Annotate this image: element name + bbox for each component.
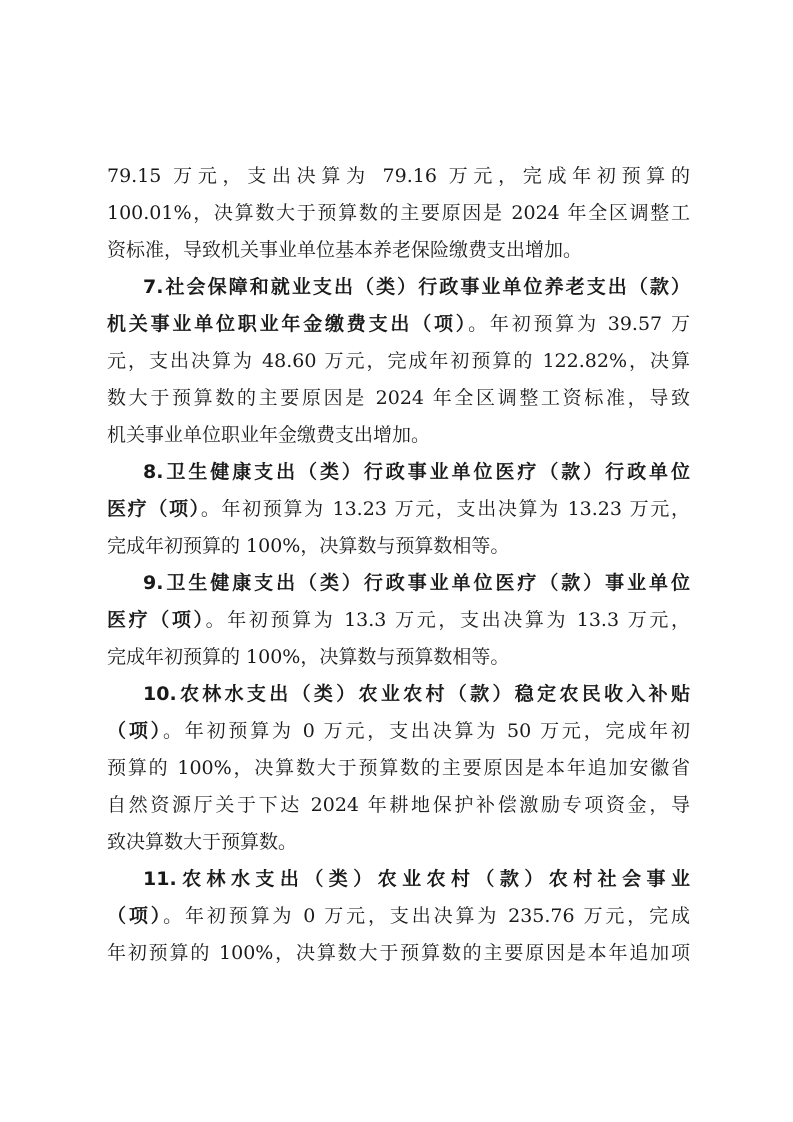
document-line: （项）。年初预算为 0 万元，支出决算为 235.76 万元，完成 xyxy=(107,898,690,935)
body-text: 年初预算的 100%，决算数大于预算数的主要原因是本年追加项 xyxy=(107,942,690,964)
document-line: 11.农林水支出（类）农业农村（款）农村社会事业 xyxy=(143,861,690,898)
body-text: 致决算数大于预算数。 xyxy=(107,831,297,853)
section-heading: 7.社会保障和就业支出（类）行政事业单位养老支出（款） xyxy=(143,276,690,298)
body-text: 。年初预算为 0 万元，支出决算为 50 万元，完成年初 xyxy=(163,720,690,742)
document-line: 机关事业单位职业年金缴费支出（项）。年初预算为 39.57 万 xyxy=(107,306,690,343)
document-line: 元，支出决算为 48.60 万元，完成年初预算的 122.82%，决算 xyxy=(107,343,690,380)
document-line: 机关事业单位职业年金缴费支出增加。 xyxy=(107,417,690,454)
document-line: 完成年初预算的 100%，决算数与预算数相等。 xyxy=(107,639,690,676)
body-text: 。年初预算为 13.3 万元，支出决算为 13.3 万元， xyxy=(206,609,690,631)
body-text: 79.15 万元，支出决算为 79.16 万元，完成年初预算的 xyxy=(107,165,690,187)
section-heading: 10.农林水支出（类）农业农村（款）稳定农民收入补贴 xyxy=(143,683,690,705)
body-text: 完成年初预算的 100%，决算数与预算数相等。 xyxy=(107,535,509,557)
body-text: 。年初预算为 0 万元，支出决算为 235.76 万元，完成 xyxy=(163,905,690,927)
document-line: 数大于预算数的主要原因是 2024 年全区调整工资标准，导致 xyxy=(107,380,690,417)
section-heading: 8.卫生健康支出（类）行政事业单位医疗（款）行政单位 xyxy=(143,461,690,483)
document-line: 自然资源厅关于下达 2024 年耕地保护补偿激励专项资金，导 xyxy=(107,787,690,824)
body-text: 机关事业单位职业年金缴费支出增加。 xyxy=(107,424,430,446)
document-line: 完成年初预算的 100%，决算数与预算数相等。 xyxy=(107,528,690,565)
body-text: 。年初预算为 39.57 万 xyxy=(468,313,690,335)
document-line: 8.卫生健康支出（类）行政事业单位医疗（款）行政单位 xyxy=(143,454,690,491)
document-line: 致决算数大于预算数。 xyxy=(107,824,690,861)
body-text: 100.01%，决算数大于预算数的主要原因是 2024 年全区调整工 xyxy=(107,202,690,224)
body-text: 完成年初预算的 100%，决算数与预算数相等。 xyxy=(107,646,509,668)
document-line: （项）。年初预算为 0 万元，支出决算为 50 万元，完成年初 xyxy=(107,713,690,750)
body-text: 资标准，导致机关事业单位基本养老保险缴费支出增加。 xyxy=(107,239,582,261)
document-line: 医疗（项）。年初预算为 13.23 万元，支出决算为 13.23 万元， xyxy=(107,491,690,528)
section-heading: （项） xyxy=(107,720,163,742)
section-heading: 9.卫生健康支出（类）行政事业单位医疗（款）事业单位 xyxy=(143,572,690,594)
body-text: 数大于预算数的主要原因是 2024 年全区调整工资标准，导致 xyxy=(107,387,690,409)
document-line: 7.社会保障和就业支出（类）行政事业单位养老支出（款） xyxy=(143,269,690,306)
document-line: 医疗（项）。年初预算为 13.3 万元，支出决算为 13.3 万元， xyxy=(107,602,690,639)
section-heading: 医疗（项） xyxy=(107,498,201,520)
document-line: 年初预算的 100%，决算数大于预算数的主要原因是本年追加项 xyxy=(107,935,690,972)
document-line: 79.15 万元，支出决算为 79.16 万元，完成年初预算的 xyxy=(107,158,690,195)
document-line: 10.农林水支出（类）农业农村（款）稳定农民收入补贴 xyxy=(143,676,690,713)
body-text: 自然资源厅关于下达 2024 年耕地保护补偿激励专项资金，导 xyxy=(107,794,690,816)
body-text: 预算的 100%，决算数大于预算数的主要原因是本年追加安徽省 xyxy=(107,757,690,779)
section-heading: 医疗（项） xyxy=(107,609,206,631)
body-text: 。年初预算为 13.23 万元，支出决算为 13.23 万元， xyxy=(201,498,690,520)
body-text: 元，支出决算为 48.60 万元，完成年初预算的 122.82%，决算 xyxy=(107,350,690,372)
document-line: 9.卫生健康支出（类）行政事业单位医疗（款）事业单位 xyxy=(143,565,690,602)
section-heading: 11.农林水支出（类）农业农村（款）农村社会事业 xyxy=(143,868,690,890)
document-page: 79.15 万元，支出决算为 79.16 万元，完成年初预算的100.01%，决… xyxy=(0,0,793,1122)
document-line: 预算的 100%，决算数大于预算数的主要原因是本年追加安徽省 xyxy=(107,750,690,787)
section-heading: （项） xyxy=(107,905,163,927)
document-line: 100.01%，决算数大于预算数的主要原因是 2024 年全区调整工 xyxy=(107,195,690,232)
section-heading: 机关事业单位职业年金缴费支出（项） xyxy=(107,313,468,335)
document-line: 资标准，导致机关事业单位基本养老保险缴费支出增加。 xyxy=(107,232,690,269)
